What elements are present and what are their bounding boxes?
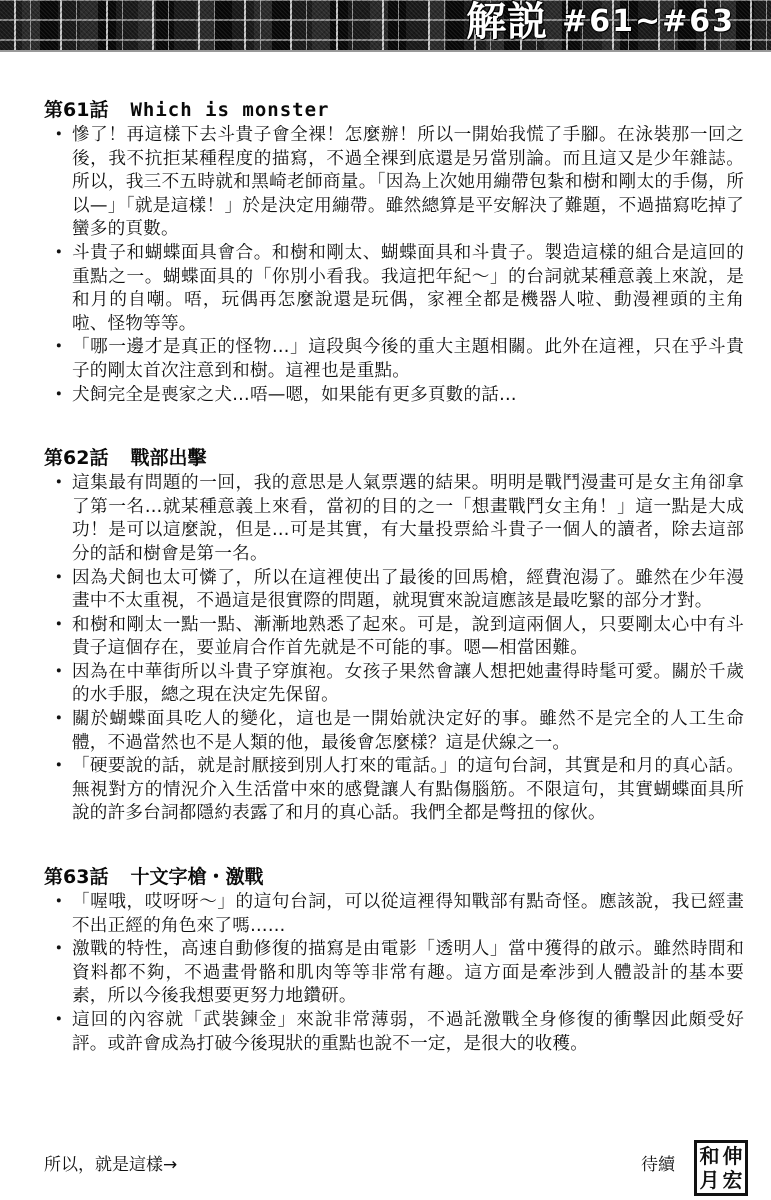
seal-char: 伸 <box>721 1144 744 1168</box>
bullet-icon: ・ <box>50 661 68 685</box>
note-text: 「硬要說的話，就是討厭接到別人打來的電話。」的這句台詞，其實是和月的真心話。無視… <box>72 756 744 823</box>
note-item: ・這集最有問題的一回，我的意思是人氣票選的結果。明明是戰鬥漫畫可是女主角卻拿了第… <box>44 472 744 566</box>
note-text: 激戰的特性，高速自動修復的描寫是由電影「透明人」當中獲得的啟示。雖然時間和資料都… <box>72 939 744 1006</box>
note-text: 斗貴子和蝴蝶面具會合。和樹和剛太、蝴蝶面具和斗貴子。製造這樣的組合是這回的重點之… <box>72 243 744 334</box>
note-item: ・這回的內容就「武裝鍊金」來說非常薄弱，不過託激戰全身修復的衝擊因此頗受好評。或… <box>44 1009 744 1056</box>
note-item: ・「硬要說的話，就是討厭接到別人打來的電話。」的這句台詞，其實是和月的真心話。無… <box>44 755 744 826</box>
note-list: ・「喔哦，哎呀呀～」的這句台詞，可以從這裡得知戰部有點奇怪。應該說，我已經畫不出… <box>44 891 744 1056</box>
note-list: ・這集最有問題的一回，我的意思是人氣票選的結果。明明是戰鬥漫畫可是女主角卻拿了第… <box>44 472 744 826</box>
episode-title: 十文字槍・激戰 <box>130 864 263 890</box>
header-banner: 解説 #61~#63 <box>0 0 771 52</box>
episode-number: 第63話 <box>44 864 108 890</box>
bullet-icon: ・ <box>50 708 68 732</box>
commentary-body: 第61話 Which is monster ・慘了！再這樣下去斗貴子會全裸！怎麼… <box>44 97 744 1094</box>
bullet-icon: ・ <box>50 336 68 360</box>
note-item: ・犬飼完全是喪家之犬…唔—嗯，如果能有更多頁數的話… <box>44 384 744 408</box>
bullet-icon: ・ <box>50 755 68 779</box>
note-text: 因為在中華街所以斗貴子穿旗袍。女孩子果然會讓人想把她畫得時髦可愛。關於千歲的水手… <box>72 662 744 706</box>
note-text: 「喔哦，哎呀呀～」的這句台詞，可以從這裡得知戰部有點奇怪。應該說，我已經畫不出正… <box>72 892 744 936</box>
note-text: 犬飼完全是喪家之犬…唔—嗯，如果能有更多頁數的話… <box>72 385 517 405</box>
note-text: 因為犬飼也太可憐了，所以在這裡使出了最後的回馬槍，經費泡湯了。雖然在少年漫畫中不… <box>72 568 744 612</box>
author-seal-icon: 伸 宏 和 月 <box>694 1140 748 1196</box>
note-item: ・關於蝴蝶面具吃人的變化，這也是一開始就決定好的事。雖然不是完全的人工生命體，不… <box>44 708 744 755</box>
seal-char: 月 <box>698 1168 721 1192</box>
note-item: ・因為在中華街所以斗貴子穿旗袍。女孩子果然會讓人想把她畫得時髦可愛。關於千歲的水… <box>44 661 744 708</box>
bullet-icon: ・ <box>50 384 68 408</box>
seal-char: 宏 <box>721 1168 744 1192</box>
section-episode-61: 第61話 Which is monster ・慘了！再這樣下去斗貴子會全裸！怎麼… <box>44 97 744 407</box>
section-heading: 第63話 十文字槍・激戰 <box>44 864 744 890</box>
footer-so-thats-it: 所以，就是這樣→ <box>44 1153 177 1177</box>
episode-number: 第62話 <box>44 445 108 471</box>
note-item: ・斗貴子和蝴蝶面具會合。和樹和剛太、蝴蝶面具和斗貴子。製造這樣的組合是這回的重點… <box>44 242 744 336</box>
note-text: 關於蝴蝶面具吃人的變化，這也是一開始就決定好的事。雖然不是完全的人工生命體，不過… <box>72 709 744 753</box>
note-text: 慘了！再這樣下去斗貴子會全裸！怎麼辦！所以一開始我慌了手腳。在泳裝那一回之後，我… <box>72 125 744 239</box>
episode-range: #61~#63 <box>562 7 735 37</box>
bullet-icon: ・ <box>50 1009 68 1033</box>
section-heading: 第61話 Which is monster <box>44 97 744 123</box>
note-list: ・慘了！再這樣下去斗貴子會全裸！怎麼辦！所以一開始我慌了手腳。在泳裝那一回之後，… <box>44 124 744 407</box>
note-item: ・「哪一邊才是真正的怪物…」這段與今後的重大主題相關。此外在這裡，只在乎斗貴子的… <box>44 336 744 383</box>
episode-title: Which is monster <box>130 97 329 123</box>
bullet-icon: ・ <box>50 891 68 915</box>
note-text: 這回的內容就「武裝鍊金」來說非常薄弱，不過託激戰全身修復的衝擊因此頗受好評。或許… <box>72 1010 744 1054</box>
bullet-icon: ・ <box>50 614 68 638</box>
note-item: ・和樹和剛太一點一點、漸漸地熟悉了起來。可是，說到這兩個人，只要剛太心中有斗貴子… <box>44 614 744 661</box>
episode-title: 戰部出擊 <box>130 445 206 471</box>
note-item: ・慘了！再這樣下去斗貴子會全裸！怎麼辦！所以一開始我慌了手腳。在泳裝那一回之後，… <box>44 124 744 242</box>
seal-char: 和 <box>698 1144 721 1168</box>
section-episode-63: 第63話 十文字槍・激戰 ・「喔哦，哎呀呀～」的這句台詞，可以從這裡得知戰部有點… <box>44 864 744 1056</box>
page-title: 解説 <box>466 2 548 42</box>
section-episode-62: 第62話 戰部出擊 ・這集最有問題的一回，我的意思是人氣票選的結果。明明是戰鬥漫… <box>44 445 744 826</box>
note-item: ・「喔哦，哎呀呀～」的這句台詞，可以從這裡得知戰部有點奇怪。應該說，我已經畫不出… <box>44 891 744 938</box>
note-text: 和樹和剛太一點一點、漸漸地熟悉了起來。可是，說到這兩個人，只要剛太心中有斗貴子這… <box>72 615 744 659</box>
banner-title: 解説 #61~#63 <box>466 0 735 46</box>
bullet-icon: ・ <box>50 472 68 496</box>
note-text: 「哪一邊才是真正的怪物…」這段與今後的重大主題相關。此外在這裡，只在乎斗貴子的剛… <box>72 337 744 381</box>
bullet-icon: ・ <box>50 124 68 148</box>
footer-to-be-continued: 待續 <box>641 1153 675 1177</box>
bullet-icon: ・ <box>50 938 68 962</box>
note-item: ・因為犬飼也太可憐了，所以在這裡使出了最後的回馬槍，經費泡湯了。雖然在少年漫畫中… <box>44 567 744 614</box>
note-item: ・激戰的特性，高速自動修復的描寫是由電影「透明人」當中獲得的啟示。雖然時間和資料… <box>44 938 744 1009</box>
bullet-icon: ・ <box>50 567 68 591</box>
section-heading: 第62話 戰部出擊 <box>44 445 744 471</box>
bullet-icon: ・ <box>50 242 68 266</box>
note-text: 這集最有問題的一回，我的意思是人氣票選的結果。明明是戰鬥漫畫可是女主角卻拿了第一… <box>72 473 744 564</box>
episode-number: 第61話 <box>44 97 108 123</box>
